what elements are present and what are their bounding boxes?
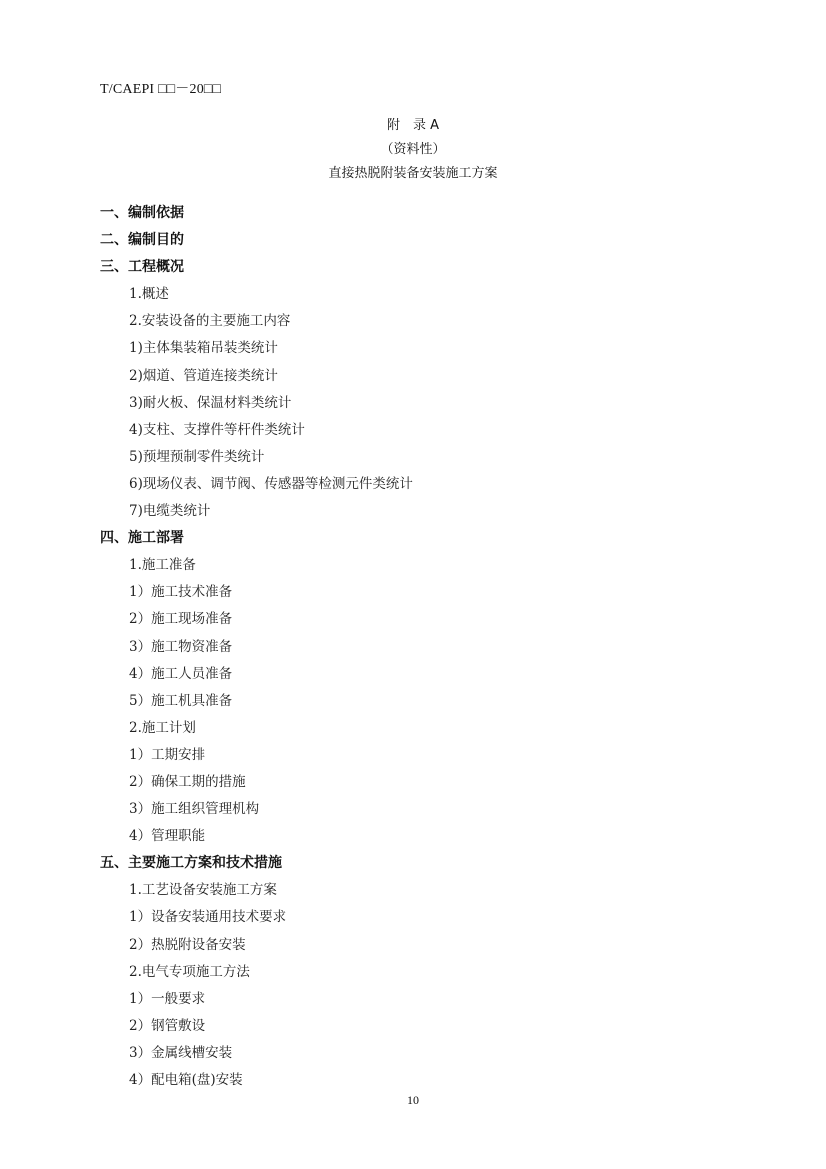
list-item: 2）确保工期的措施: [100, 769, 740, 796]
appendix-nature: （资料性）: [0, 138, 826, 162]
list-item: 3）施工物资准备: [100, 634, 740, 661]
list-item: 1)主体集装箱吊装类统计: [100, 335, 740, 362]
list-item: 5）施工机具准备: [100, 688, 740, 715]
list-item: 1）工期安排: [100, 742, 740, 769]
subsection-item: 1.施工准备: [100, 552, 740, 579]
subsection-item: 2.施工计划: [100, 715, 740, 742]
appendix-label: 附 录 A: [0, 114, 826, 138]
list-item: 3）施工组织管理机构: [100, 796, 740, 823]
subsection-item: 2.电气专项施工方法: [100, 959, 740, 986]
standard-code-header: T/CAEPI □□－20□□: [100, 78, 221, 98]
appendix-heading: 附 录 A （资料性） 直接热脱附装备安装施工方案: [0, 114, 826, 186]
list-item: 1）设备安装通用技术要求: [100, 904, 740, 931]
list-item: 4)支柱、支撑件等杆件类统计: [100, 417, 740, 444]
appendix-title: 直接热脱附装备安装施工方案: [0, 162, 826, 186]
list-item: 1）一般要求: [100, 986, 740, 1013]
list-item: 3)耐火板、保温材料类统计: [100, 390, 740, 417]
list-item: 5)预埋预制零件类统计: [100, 444, 740, 471]
subsection-item: 2.安装设备的主要施工内容: [100, 308, 740, 335]
list-item: 2）热脱附设备安装: [100, 932, 740, 959]
list-item: 1）施工技术准备: [100, 579, 740, 606]
list-item: 2）施工现场准备: [100, 606, 740, 633]
subsection-item: 1.工艺设备安装施工方案: [100, 877, 740, 904]
list-item: 4）配电箱(盘)安装: [100, 1067, 740, 1094]
section-heading: 一、编制依据: [100, 200, 740, 227]
list-item: 3）金属线槽安装: [100, 1040, 740, 1067]
subsection-item: 1.概述: [100, 281, 740, 308]
list-item: 4）施工人员准备: [100, 661, 740, 688]
outline-list: 一、编制依据二、编制目的三、工程概况1.概述2.安装设备的主要施工内容1)主体集…: [100, 200, 740, 1094]
section-heading: 二、编制目的: [100, 227, 740, 254]
list-item: 6)现场仪表、调节阀、传感器等检测元件类统计: [100, 471, 740, 498]
section-heading: 四、施工部署: [100, 525, 740, 552]
page-number: 10: [0, 1093, 826, 1108]
list-item: 7)电缆类统计: [100, 498, 740, 525]
section-heading: 五、主要施工方案和技术措施: [100, 850, 740, 877]
list-item: 2)烟道、管道连接类统计: [100, 363, 740, 390]
section-heading: 三、工程概况: [100, 254, 740, 281]
list-item: 4）管理职能: [100, 823, 740, 850]
list-item: 2）钢管敷设: [100, 1013, 740, 1040]
